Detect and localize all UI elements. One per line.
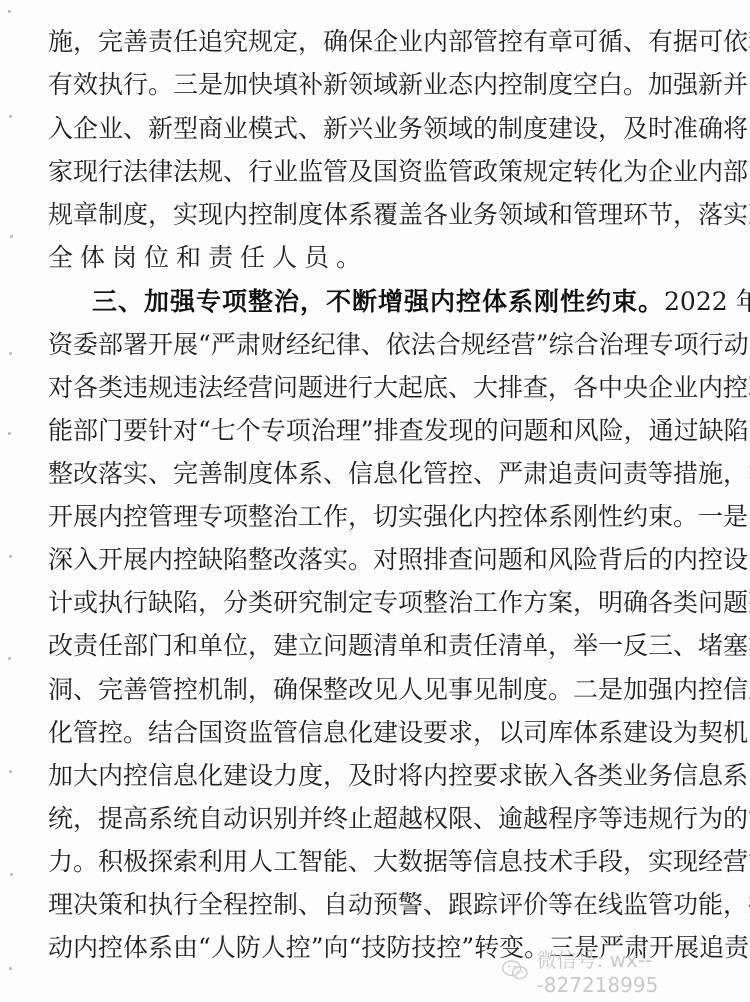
text-line-8: 资委部署开展“严肃财经纪律、依法合规经营”综合治理专项行动， — [48, 328, 714, 362]
section-heading-tail: 2022 年国 — [664, 287, 750, 316]
text-line-11: 整改落实、完善制度体系、信息化管控、严肃追责问责等措施，深入 — [48, 457, 714, 491]
scan-speck — [8, 432, 11, 435]
text-line-21: 理决策和执行全程控制、自动预警、跟踪评价等在线监管功能，推 — [48, 888, 714, 922]
section-heading-line: 三、加强专项整治，不断增强内控体系刚性约束。2022 年国 — [48, 285, 714, 319]
scan-speck — [10, 873, 13, 876]
text-line-4: 家现行法律法规、行业监管及国资监管政策规定转化为企业内部 — [48, 155, 714, 189]
text-line-13: 深入开展内控缺陷整改落实。对照排查问题和风险背后的内控设 — [48, 543, 714, 577]
text-line-14: 计或执行缺陷，分类研究制定专项整治工作方案，明确各类问题整 — [48, 586, 714, 620]
text-line-2: 有效执行。三是加快填补新领域新业态内控制度空白。加强新并 — [48, 68, 714, 102]
text-line-17: 化管控。结合国资监管信息化建设要求，以司库体系建设为契机， — [48, 716, 714, 750]
text-line-18: 加大内控信息化建设力度，及时将内控要求嵌入各类业务信息系 — [48, 759, 714, 793]
scan-speck — [9, 115, 12, 118]
wechat-watermark: 微信号: wx---827218995 — [500, 955, 750, 985]
text-line-3: 入企业、新型商业模式、新兴业务领域的制度建设，及时准确将国 — [48, 112, 714, 146]
scan-speck — [9, 555, 12, 558]
scan-speck — [8, 10, 11, 13]
text-line-6: 全体岗位和责任人员。 — [48, 241, 714, 275]
text-line-20: 力。积极探索利用人工智能、大数据等信息技术手段，实现经营管 — [48, 845, 714, 879]
scan-speck — [10, 235, 13, 238]
text-line-15: 改责任部门和单位，建立问题清单和责任清单，举一反三、堵塞漏 — [48, 629, 714, 663]
text-line-16: 洞、完善管控机制，确保整改见人见事见制度。二是加强内控信息 — [48, 673, 714, 707]
text-line-12: 开展内控管理专项整治工作，切实强化内控体系刚性约束。一是 — [48, 500, 714, 534]
text-line-19: 统，提高系统自动识别并终止超越权限、逾越程序等违规行为的能 — [48, 802, 714, 836]
watermark-text: 微信号: wx---827218995 — [537, 944, 750, 997]
text-line-5: 规章制度，实现内控制度体系覆盖各业务领域和管理环节，落实到 — [48, 198, 714, 232]
text-line-10: 能部门要针对“七个专项治理”排查发现的问题和风险，通过缺陷 — [48, 414, 714, 448]
scan-speck — [9, 352, 12, 355]
section-heading: 三、加强专项整治，不断增强内控体系刚性约束。 — [92, 287, 664, 316]
wechat-icon — [500, 957, 531, 983]
text-line-1: 施，完善责任追究规定，确保企业内部管控有章可循、有据可依和 — [48, 25, 714, 59]
scan-speck — [9, 770, 12, 773]
scanned-document-page: 施，完善责任追究规定，确保企业内部管控有章可循、有据可依和 有效执行。三是加快填… — [0, 0, 750, 1002]
scan-speck — [9, 967, 12, 970]
scan-speck — [8, 657, 11, 660]
text-line-9: 对各类违规违法经营问题进行大起底、大排查，各中央企业内控职 — [48, 371, 714, 405]
